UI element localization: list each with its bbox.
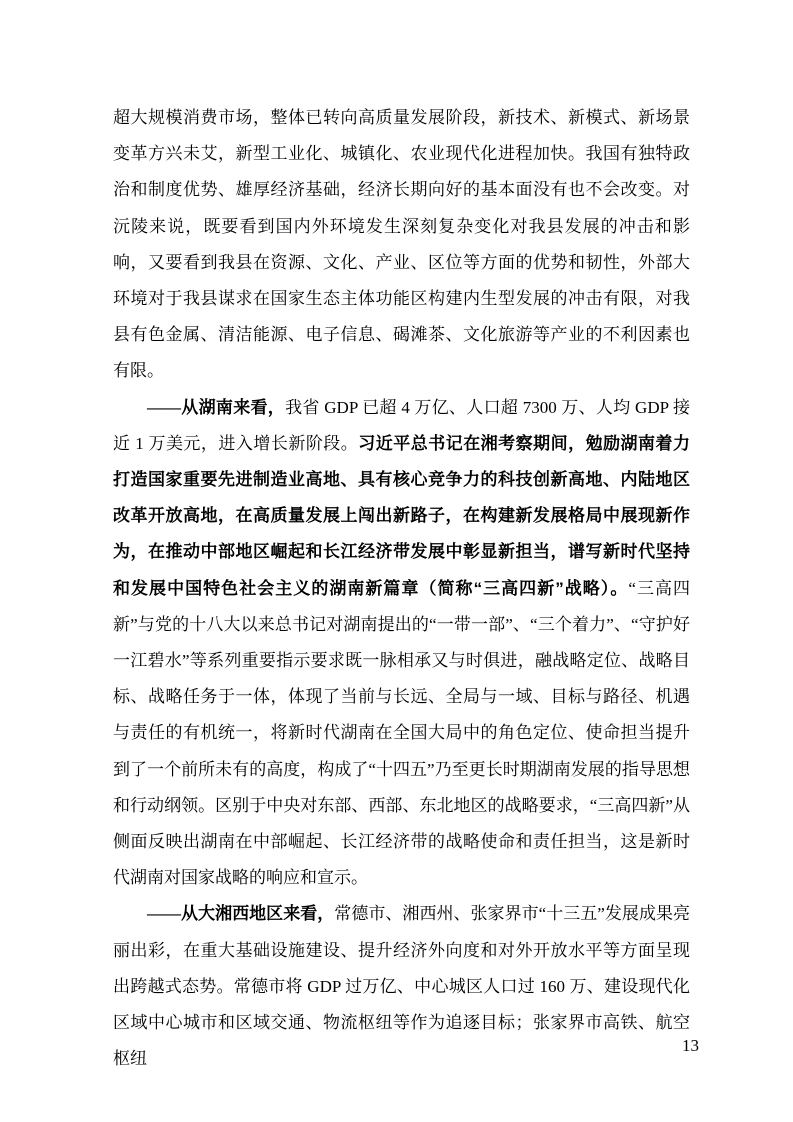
text-run: 超大规模消费市场，整体已转向高质量发展阶段，新技术、新模式、新场景变革方兴未艾，… <box>113 108 690 380</box>
emphasized-text-run: 习近平总书记在湘考察期间，勉励湖南着力打造国家重要先进制造业高地、具有核心竞争力… <box>113 434 690 598</box>
text-run: 常德市、湘西州、张家界市“十三五”发展成果亮丽出彩，在重大基础设施建设、提升经济… <box>113 904 690 1068</box>
document-page: 超大规模消费市场，整体已转向高质量发展阶段，新技术、新模式、新场景变革方兴未艾，… <box>0 0 793 1122</box>
paragraph-lead-in: ——从大湘西地区来看， <box>147 904 334 923</box>
page-number: 13 <box>682 1036 699 1056</box>
text-run: “三高四新”与党的十八大以来总书记对湖南提出的“一带一部”、“三个着力”、“守护… <box>113 579 690 888</box>
paragraph-hunan-perspective: ——从湖南来看，我省 GDP 已超 4 万亿、人口超 7300 万、人均 GDP… <box>113 390 690 897</box>
document-body: 超大规模消费市场，整体已转向高质量发展阶段，新技术、新模式、新场景变革方兴未艾，… <box>113 100 690 1077</box>
paragraph-continuation: 超大规模消费市场，整体已转向高质量发展阶段，新技术、新模式、新场景变革方兴未艾，… <box>113 100 690 390</box>
paragraph-daxiangxi-perspective: ——从大湘西地区来看，常德市、湘西州、张家界市“十三五”发展成果亮丽出彩，在重大… <box>113 896 690 1077</box>
paragraph-lead-in: ——从湖南来看， <box>147 398 285 417</box>
